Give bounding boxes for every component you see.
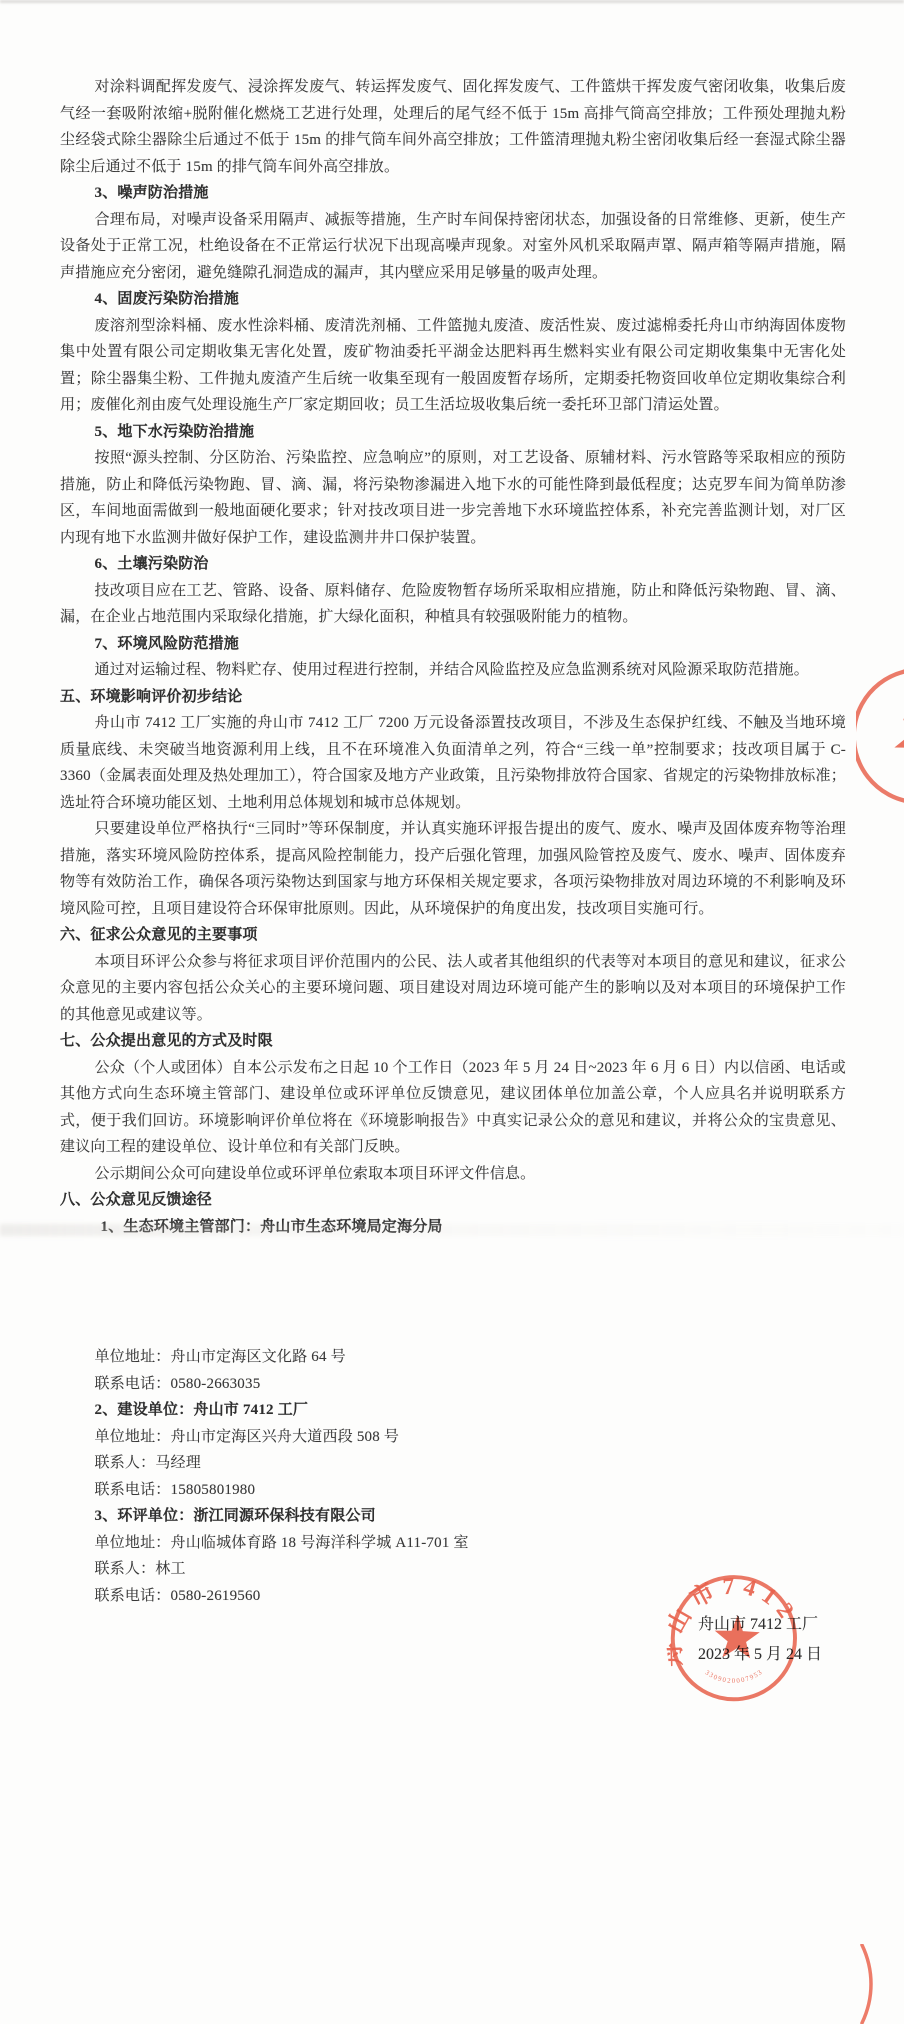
paragraph: 公众（个人或团体）自本公示发布之日起 10 个工作日（2023 年 5 月 24… — [60, 1055, 846, 1161]
seal-arc-text: 舟山市7412 — [657, 1563, 808, 1670]
section-heading: 五、环境影响评价初步结论 — [60, 684, 846, 711]
sub-heading: 7、环境风险防范措施 — [60, 631, 846, 658]
sub-heading: 4、固废污染防治措施 — [60, 286, 846, 313]
contact-line: 联系电话：15805801980 — [60, 1477, 846, 1504]
seal-star-icon — [893, 714, 904, 768]
seal-icon: 舟山市7412 3309020007953 — [657, 1561, 813, 1717]
paragraph: 对涂料调配挥发废气、浸涂挥发废气、转运挥发废气、固化挥发废气、工件篮烘干挥发废气… — [60, 74, 846, 180]
paragraph: 按照“源头控制、分区防治、污染监控、应急响应”的原则，对工艺设备、原辅材料、污水… — [60, 445, 846, 551]
paragraph: 技改项目应在工艺、管路、设备、原料储存、危险废物暂存场所采取相应措施，防止和降低… — [60, 578, 846, 631]
svg-text:舟山市7412: 舟山市7412 — [657, 1563, 808, 1670]
contact-line: 单位地址：舟山市定海区兴舟大道西段 508 号 — [60, 1424, 846, 1451]
contact-line: 联系人：马经理 — [60, 1450, 846, 1477]
contact-line: 单位地址：舟山市定海区文化路 64 号 — [60, 1344, 846, 1371]
paragraph: 公示期间公众可向建设单位或环评单位索取本项目环评文件信息。 — [60, 1161, 846, 1188]
edge-seal-arc-text: 舟山市7412 — [888, 656, 904, 814]
document-body: 对涂料调配挥发废气、浸涂挥发废气、转运挥发废气、固化挥发废气、工件篮烘干挥发废气… — [60, 74, 846, 1609]
seal-star-icon — [713, 1612, 763, 1662]
scan-top-edge — [0, 0, 904, 3]
paragraph: 只要建设单位严格执行“三同时”等环保制度，并认真实施环评报告提出的废气、废水、噪… — [60, 816, 846, 922]
scan-seam — [0, 1224, 904, 1236]
edge-seal-icon: 舟山市7412 — [856, 656, 904, 814]
seal-serial-text: 3309020007953 — [703, 1662, 766, 1690]
edge-seal-stamp: 舟山市7412 — [856, 656, 904, 814]
spacer — [60, 1240, 846, 1344]
paragraph: 本项目环评公众参与将征求项目评价范围内的公民、法人或者其他组织的代表等对本项目的… — [60, 949, 846, 1029]
sub-heading: 3、噪声防治措施 — [60, 180, 846, 207]
sub-heading: 6、土壤污染防治 — [60, 551, 846, 578]
section-heading: 八、公众意见反馈途径 — [60, 1187, 846, 1214]
document-page: 对涂料调配挥发废气、浸涂挥发废气、转运挥发废气、固化挥发废气、工件篮烘干挥发废气… — [0, 0, 904, 2024]
paragraph: 通过对运输过程、物料贮存、使用过程进行控制，并结合风险监控及应急监测系统对风险源… — [60, 657, 846, 684]
svg-text:舟山市7412: 舟山市7412 — [888, 656, 904, 814]
contact-heading: 2、建设单位：舟山市 7412 工厂 — [60, 1397, 846, 1424]
company-seal-stamp: 舟山市7412 3309020007953 — [657, 1561, 813, 1717]
corner-seal-arc-icon — [856, 1944, 884, 2024]
paragraph: 废溶剂型涂料桶、废水性涂料桶、废清洗剂桶、工件篮抛丸废渣、废活性炭、废过滤棉委托… — [60, 313, 846, 419]
svg-text:3309020007953: 3309020007953 — [703, 1662, 766, 1690]
contact-heading: 3、环评单位：浙江同源环保科技有限公司 — [60, 1503, 846, 1530]
contact-line: 联系电话：0580-2663035 — [60, 1371, 846, 1398]
paragraph: 舟山市 7412 工厂实施的舟山市 7412 工厂 7200 万元设备添置技改项… — [60, 710, 846, 816]
section-heading: 七、公众提出意见的方式及时限 — [60, 1028, 846, 1055]
sub-heading: 5、地下水污染防治措施 — [60, 419, 846, 446]
section-heading: 六、征求公众意见的主要事项 — [60, 922, 846, 949]
contact-line: 单位地址：舟山临城体育路 18 号海洋科学城 A11-701 室 — [60, 1530, 846, 1557]
paragraph: 合理布局，对噪声设备采用隔声、减振等措施，生产时车间保持密闭状态，加强设备的日常… — [60, 207, 846, 287]
